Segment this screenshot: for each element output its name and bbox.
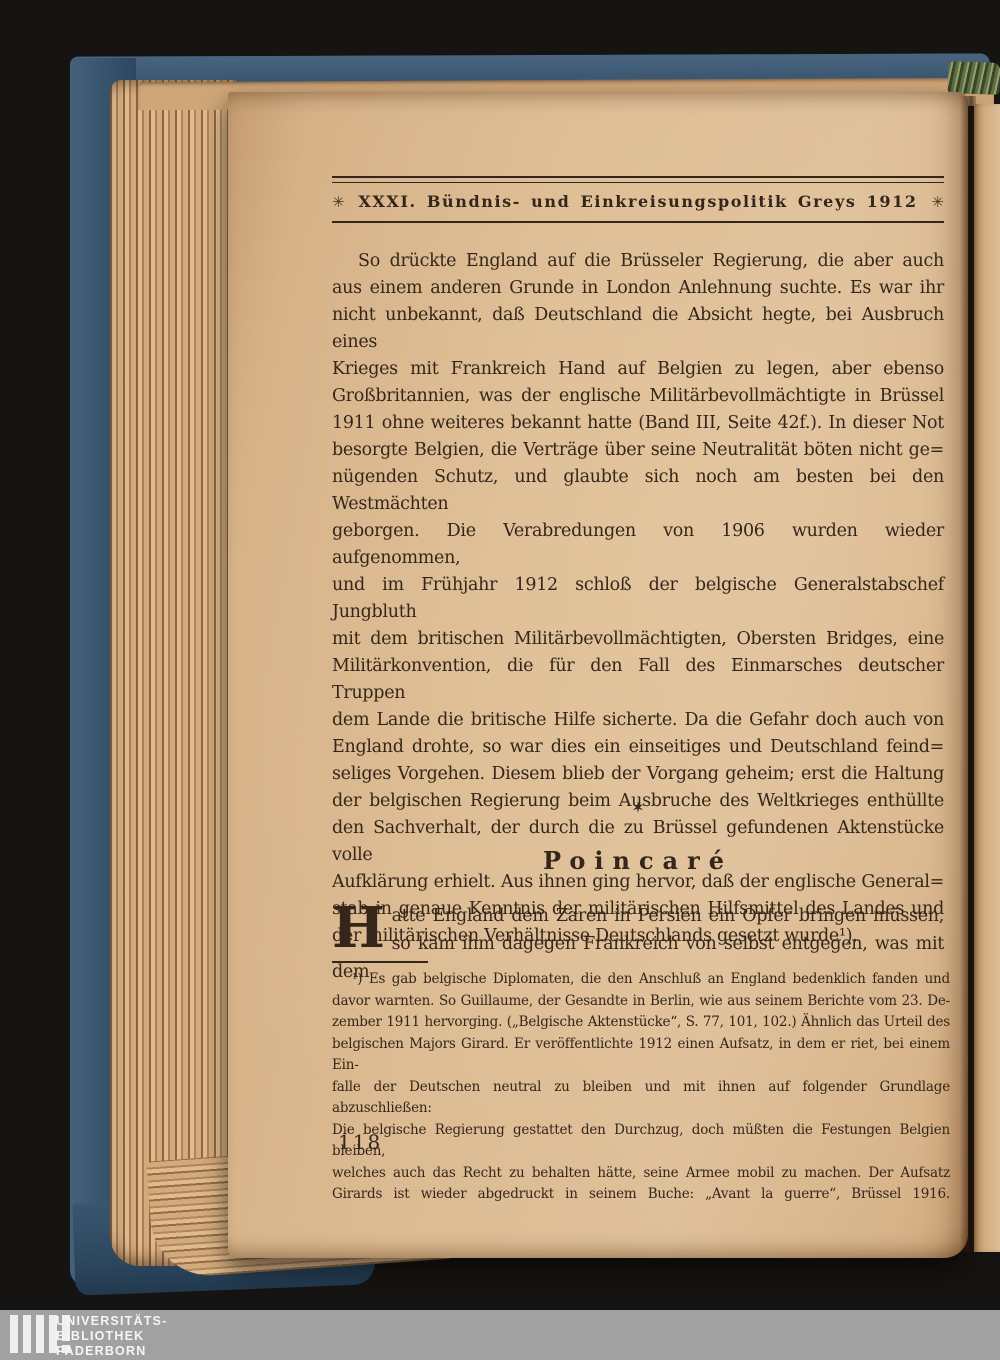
logo-bar [36, 1315, 44, 1353]
logo-bar [23, 1315, 31, 1353]
library-name-line2: BIBLIOTHEK [56, 1329, 167, 1344]
page-number: 118 [338, 1130, 382, 1154]
footnote: ¹) Es gab belgische Diplomaten, die den … [332, 969, 950, 1206]
logo-bar [10, 1315, 18, 1353]
library-name-line1: UNIVERSITÄTS- [56, 1314, 167, 1329]
facing-page-sliver [974, 104, 1000, 1252]
section-heading-poincare: Poincaré [332, 846, 944, 875]
body-paragraph-lines: So drückte England auf die Brüsseler Reg… [332, 248, 944, 923]
footnote-separator-rule [332, 961, 428, 963]
drop-cap-initial: H [332, 904, 392, 952]
chapter-title: XXXI. Bündnis- und Einkreisungspolitik G… [358, 192, 917, 211]
photo-of-open-book: ✳ XXXI. Bündnis- und Einkreisungspolitik… [0, 0, 1000, 1360]
page-stack-edges-left [110, 80, 236, 1266]
library-name: UNIVERSITÄTS- BIBLIOTHEK PADERBORN [56, 1314, 167, 1360]
library-name-line3: PADERBORN [56, 1344, 167, 1359]
body-paragraph: So drückte England auf die Brüsseler Reg… [332, 248, 944, 950]
header-single-rule [332, 221, 944, 223]
header-double-rule [332, 176, 944, 183]
library-banner: UNIVERSITÄTS- BIBLIOTHEK PADERBORN [0, 1310, 1000, 1360]
book-page: ✳ XXXI. Bündnis- und Einkreisungspolitik… [228, 92, 968, 1258]
running-header: ✳ XXXI. Bündnis- und Einkreisungspolitik… [332, 176, 944, 223]
fleuron-icon: ✳ [332, 193, 345, 211]
binding-headband [947, 61, 1000, 95]
footnote-lines: ¹) Es gab belgische Diplomaten, die den … [332, 969, 950, 1206]
section-separator-star-icon: ✶ [332, 798, 944, 817]
fleuron-icon: ✳ [931, 193, 944, 211]
